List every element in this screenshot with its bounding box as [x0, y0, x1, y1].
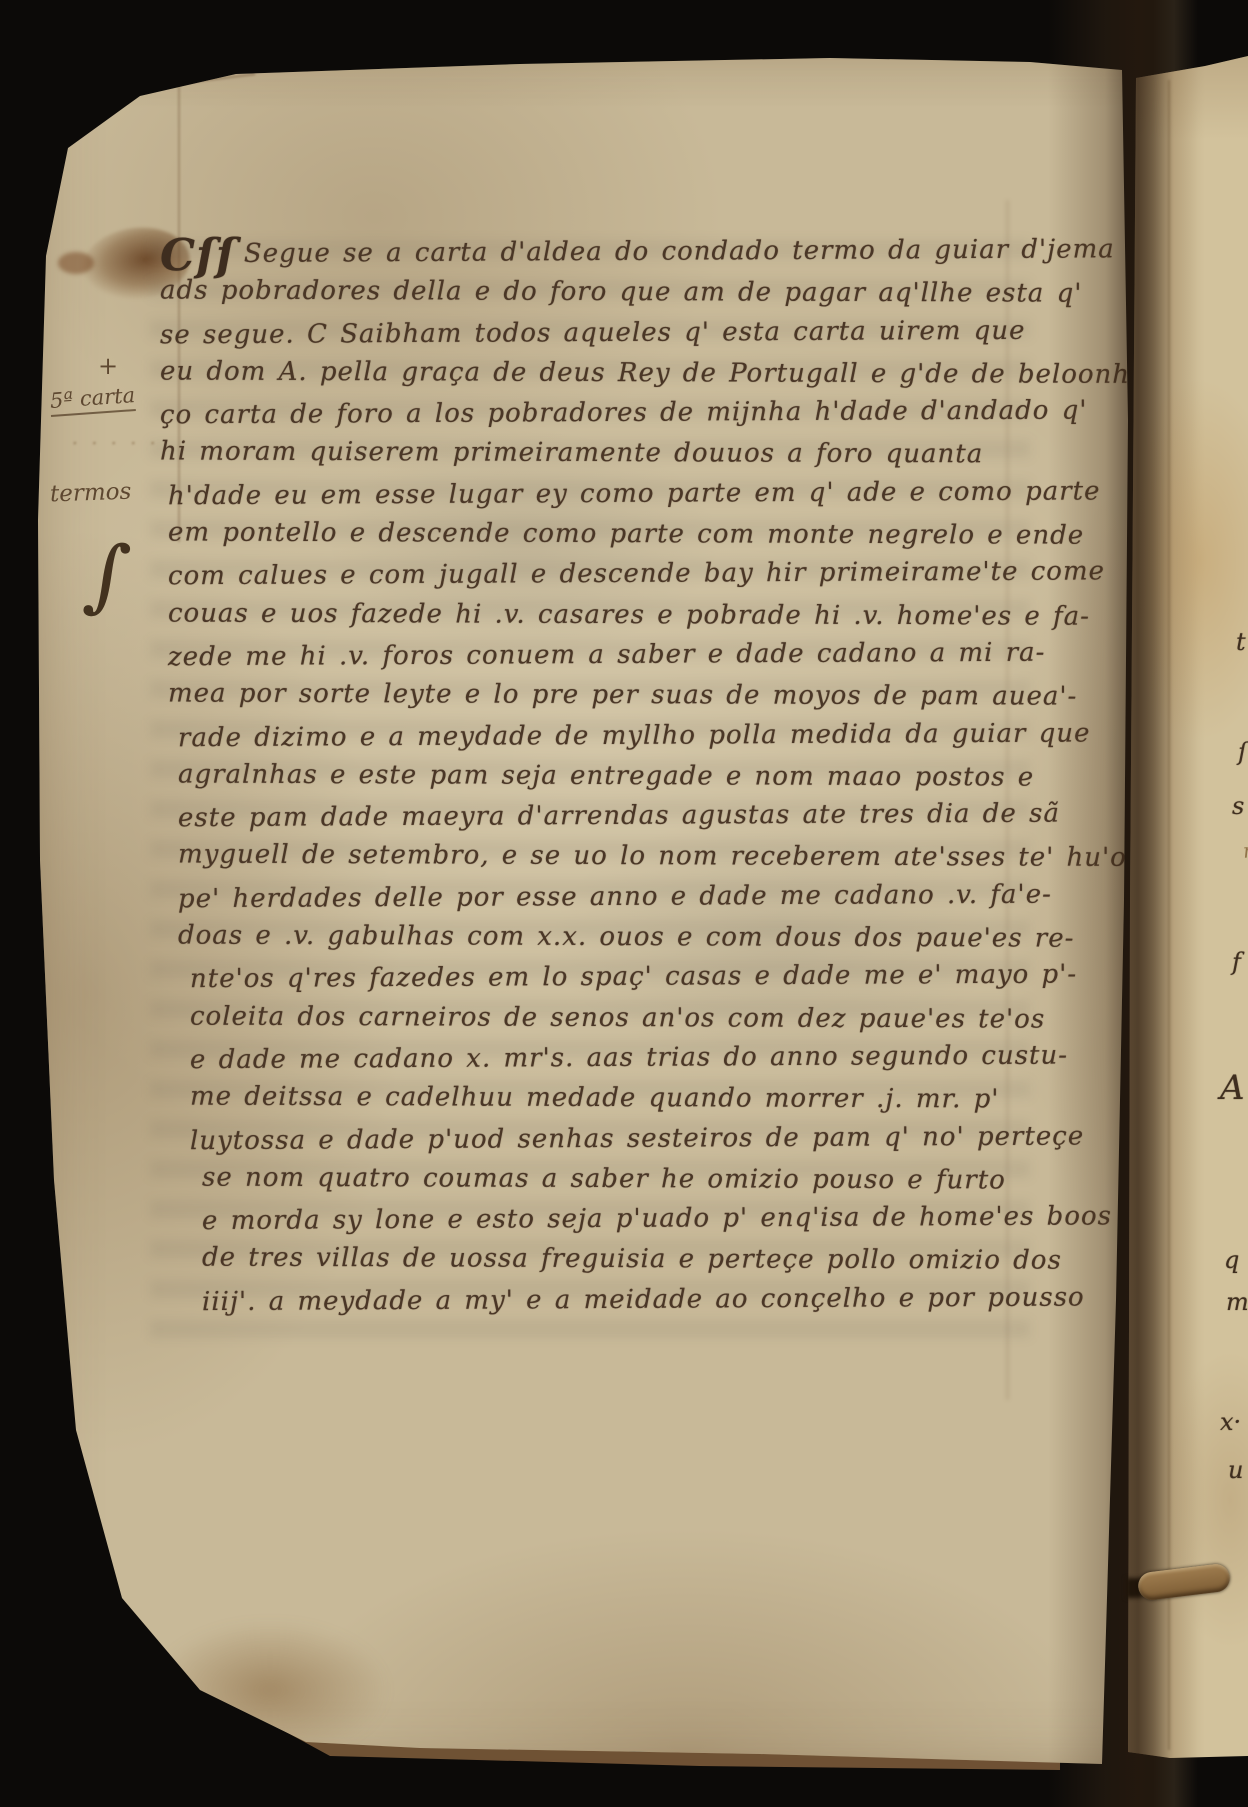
manuscript-line: myguell de setembro, e se uo lo nom rece…	[158, 835, 1038, 878]
facing-page-text-fragment: x·	[1220, 1408, 1241, 1436]
manuscript-line: h'dade eu em esse lugar ey como parte em…	[158, 471, 1038, 516]
manuscript-line: couas e uos fazede hi .v. casares e pobr…	[158, 593, 1038, 636]
margin-note-faded: . . . . .	[72, 428, 160, 449]
facing-page-text-fragment: q	[1224, 1246, 1239, 1274]
facing-page-crease	[1168, 80, 1170, 1750]
manuscript-line: doas e .v. gabulhas com x.x. ouos e com …	[158, 916, 1038, 959]
facing-page-text-fragment: t	[1236, 628, 1246, 656]
facing-page-text-fragment: A	[1220, 1068, 1245, 1108]
manuscript-line: nte'os q'res fazedes em lo spaç' casas e…	[158, 955, 1038, 1000]
manuscript-line: este pam dade maeyra d'arrendas agustas …	[158, 794, 1038, 839]
manuscript-line: hi moram quiserem primeiramente douuos a…	[158, 432, 1038, 475]
manuscript-line: eu dom A. pella graça de deus Rey de Por…	[158, 351, 1038, 394]
manuscript-line: ço carta de foro a los pobradores de mij…	[158, 391, 1038, 436]
facing-page-text-fragment: f	[1232, 948, 1241, 976]
corner-stain	[150, 1620, 390, 1760]
corner-fold-crease	[47, 73, 256, 101]
manuscript-line: de tres villas de uossa freguisia e pert…	[158, 1238, 1038, 1281]
manuscript-line: pe' herdades delle por esse anno e dade …	[158, 874, 1038, 919]
margin-cross-mark: +	[98, 352, 118, 380]
right-margin-note-line: m̃R3	[1242, 835, 1248, 863]
facing-page-text-fragment: s	[1232, 792, 1244, 820]
manuscript-line: se nom quatro coumas a saber he omizio p…	[158, 1157, 1038, 1200]
manuscript-line: mea por sorte leyte e lo pre per suas de…	[158, 674, 1038, 717]
manuscript-line: zede me hi .v. foros conuem a saber e da…	[158, 633, 1038, 678]
manuscript-line: coleita dos carneiros de senos an'os com…	[158, 996, 1038, 1039]
manuscript-line: e morda sy lone e esto seja p'uado p' en…	[158, 1197, 1038, 1242]
manuscript-text-block: CſſSegue se a carta d'aldea do condado t…	[158, 232, 1038, 1320]
manuscript-line: ads pobradores della e do foro que am de…	[158, 271, 1038, 314]
facing-page-text-fragment: ſ	[1238, 738, 1247, 766]
manuscript-line: me deitssa e cadelhuu medade quando morr…	[158, 1077, 1038, 1120]
margin-paraph-flourish: ∫	[80, 526, 134, 625]
manuscript-line: CſſSegue se a carta d'aldea do condado t…	[158, 230, 1038, 275]
margin-note-carta: 5ª carta	[49, 383, 136, 417]
manuscript-line: luytossa e dade p'uod senhas sesteiros d…	[158, 1116, 1038, 1161]
ink-stain	[58, 252, 94, 274]
manuscript-line: agralnhas e este pam seja entregade e no…	[158, 754, 1038, 797]
parchment-page: + 5ª carta . . . . . termos ∫ CſſSegue s…	[0, 0, 1248, 1807]
facing-page-text-fragment: m	[1226, 1288, 1248, 1316]
manuscript-line-text: Segue se a carta d'aldea do condado term…	[244, 234, 1115, 269]
manuscript-line: iiij'. a meydade a my' e a meidade ao co…	[158, 1277, 1038, 1322]
manuscript-photo: t ſ s f A q m x· u m̃R3 fae + 5ª carta .…	[0, 0, 1248, 1807]
manuscript-line: se segue. C Saibham todos aqueles q' est…	[158, 310, 1038, 355]
manuscript-line: rade dizimo e a meydade de myllho polla …	[158, 713, 1038, 758]
facing-page-text-fragment: u	[1228, 1456, 1243, 1484]
manuscript-line: com calues e com jugall e descende bay h…	[158, 552, 1038, 597]
margin-note-termos: termos	[50, 479, 132, 508]
manuscript-line: e dade me cadano x. mr's. aas trias do a…	[158, 1036, 1038, 1081]
manuscript-line: em pontello e descende como parte com mo…	[158, 513, 1038, 556]
